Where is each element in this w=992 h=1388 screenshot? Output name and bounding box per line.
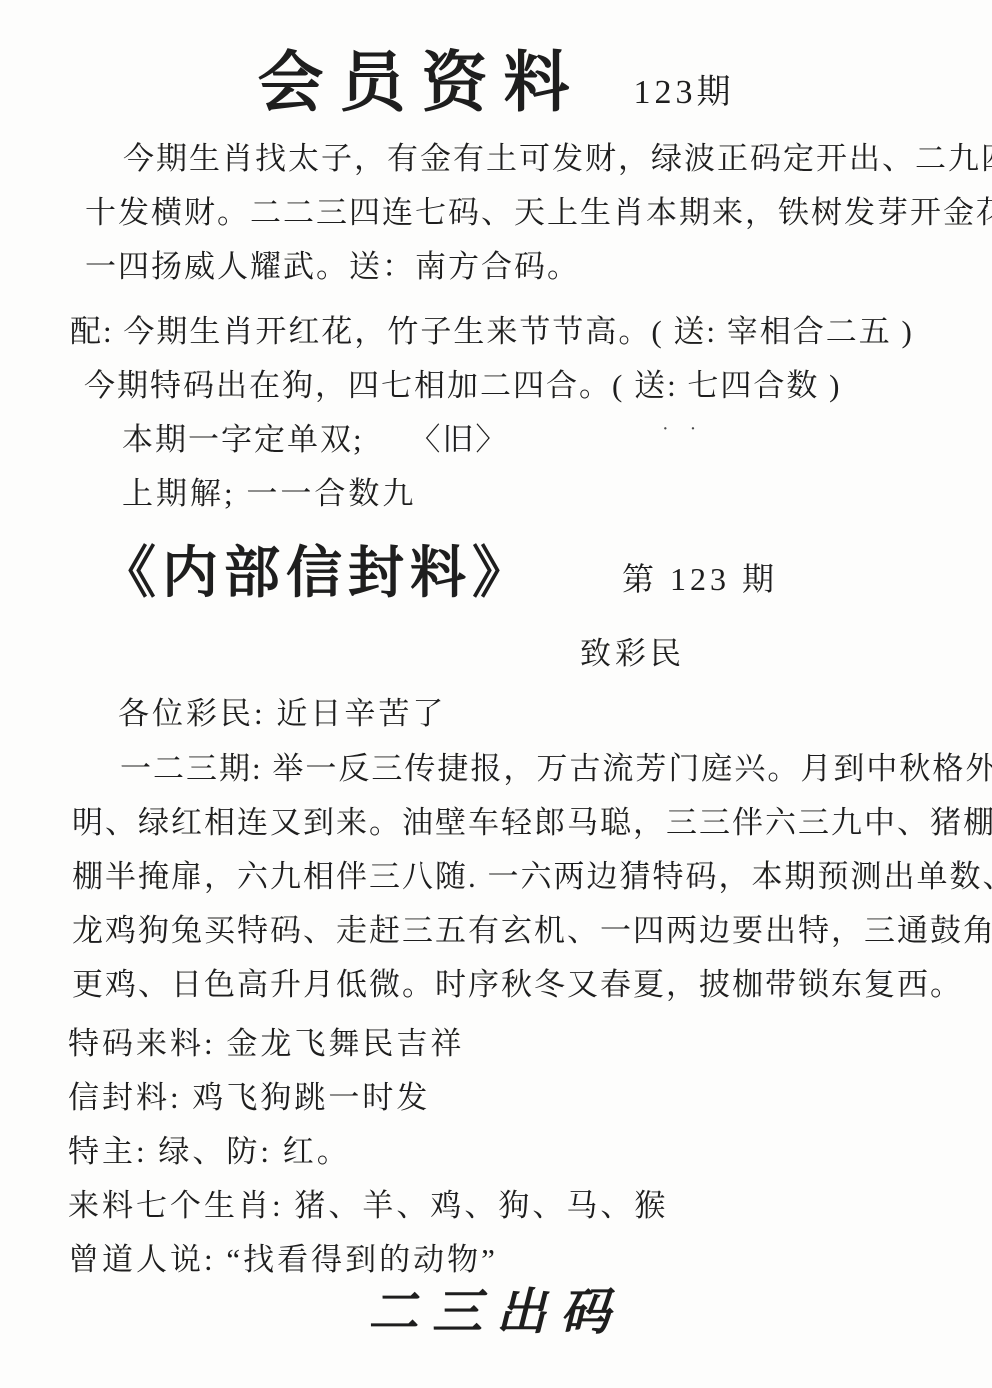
envelope-paragraph-line: 一二三期: 举一反三传捷报，万古流芳门庭兴。月到中秋格外 [72, 742, 942, 796]
member-paragraph-line: 十发横财。二二三四连七码、天上生肖本期来，铁树发芽开金花、 [85, 186, 932, 240]
envelope-paragraph-line: 明、绿红相连又到来。油壁车轻郎马聪，三三伴六三九中、猪棚鸡 [72, 796, 942, 850]
salutation: 致彩民 [580, 628, 685, 673]
odd-even-label: 本期一字定单双; [122, 422, 364, 457]
envelope-issue-label: 第 123 期 [622, 554, 778, 606]
envelope-paragraph-line: 更鸡、日色高升月低微。时序秋冬又春夏，披枷带锁东复西。 [72, 958, 942, 1012]
special-code-line: 今期特码出在狗，四七相加二四合。( 送: 七四合数 ) [84, 360, 842, 405]
envelope-paragraph: 一二三期: 举一反三传捷报，万古流芳门庭兴。月到中秋格外 明、绿红相连又到来。油… [72, 742, 942, 1012]
margin-dots: · · [662, 418, 704, 441]
envelope-paragraph-line: 龙鸡狗兔买特码、走赶三五有玄机、一四两边要出特，三通鼓角四 [72, 904, 942, 958]
pei-line: 配: 今期生肖开红花，竹子生来节节高。( 送: 宰相合二五 ) [70, 306, 914, 351]
footer-big-text: 二三出码 [0, 1272, 992, 1344]
member-paragraph-line: 今期生肖找太子，有金有土可发财，绿波正码定开出、二九四 [85, 132, 932, 186]
odd-even-value: 〈旧〉 [409, 422, 508, 457]
envelope-heading-row: 《内部信封料》 第 123 期 [100, 542, 992, 606]
page-title: 会员资料 [258, 48, 586, 121]
odd-even-line: 本期一字定单双; 〈旧〉 [122, 414, 508, 459]
member-paragraph: 今期生肖找太子，有金有土可发财，绿波正码定开出、二九四 十发横财。二二三四连七码… [85, 132, 932, 294]
issue-number: 123期 [634, 64, 735, 121]
color-tip-line: 特主: 绿、防: 红。 [68, 1126, 351, 1171]
last-issue-line: 上期解; 一一合数九 [122, 468, 416, 513]
envelope-heading: 《内部信封料》 [100, 542, 534, 606]
envelope-paragraph-line: 棚半掩扉，六九相伴三八随. 一六两边猜特码，本期预测出单数、 [72, 850, 942, 904]
greeting-line: 各位彩民: 近日辛苦了 [118, 688, 446, 733]
member-info-document: 会员资料 123期 今期生肖找太子，有金有土可发财，绿波正码定开出、二九四 十发… [0, 0, 992, 1388]
envelope-tip-line: 信封料: 鸡飞狗跳一时发 [68, 1072, 430, 1117]
title-row: 会员资料 123期 [0, 48, 992, 121]
member-paragraph-line: 一四扬威人耀武。送：南方合码。 [85, 240, 932, 294]
special-source-line: 特码来料: 金龙飞舞民吉祥 [68, 1018, 464, 1063]
zodiac-tip-line: 来料七个生肖: 猪、羊、鸡、狗、马、猴 [68, 1180, 668, 1225]
